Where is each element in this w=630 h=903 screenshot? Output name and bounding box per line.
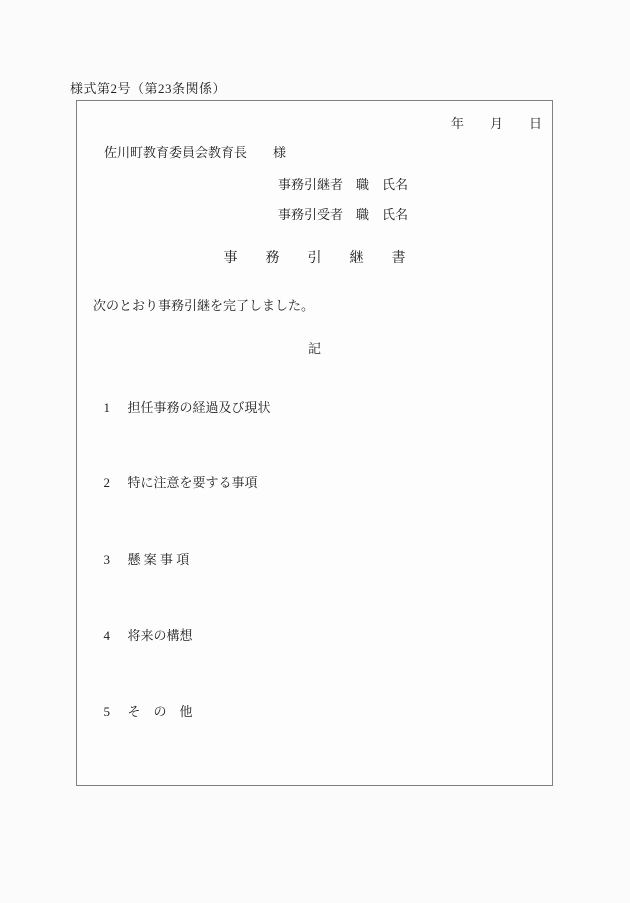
list-item-4: 4将来の構想 [84, 616, 193, 655]
date-line: 年 月 日 [451, 117, 542, 130]
list-item-2: 2特に注意を要する事項 [84, 463, 258, 502]
ki-heading: 記 [77, 342, 552, 355]
item-label: 懸 案 事 項 [128, 552, 190, 567]
item-label: 特に注意を要する事項 [128, 475, 258, 490]
item-label: そ の 他 [128, 704, 193, 719]
item-number: 3 [104, 553, 128, 566]
item-number: 1 [104, 401, 128, 414]
list-item-3: 3懸 案 事 項 [84, 540, 189, 579]
completion-statement: 次のとおり事務引継を完了しました。 [93, 299, 314, 312]
list-item-5: 5そ の 他 [84, 692, 193, 731]
list-item-1: 1担任事務の経過及び現状 [84, 388, 271, 427]
handover-person-line: 事務引継者 職 氏名 [278, 178, 408, 191]
item-number: 5 [104, 705, 128, 718]
item-number: 4 [104, 629, 128, 642]
form-border-box: 年 月 日 佐川町教育委員会教育長 様 事務引継者 職 氏名 事務引受者 職 氏… [76, 100, 553, 786]
receiver-person-line: 事務引受者 職 氏名 [278, 208, 408, 221]
addressee-line: 佐川町教育委員会教育長 様 [104, 146, 286, 159]
item-number: 2 [104, 476, 128, 489]
document-page: 様式第2号（第23条関係） 年 月 日 佐川町教育委員会教育長 様 事務引継者 … [0, 0, 630, 903]
item-label: 将来の構想 [128, 628, 193, 643]
document-title: 事 務 引 継 書 [77, 252, 552, 266]
item-label: 担任事務の経過及び現状 [128, 400, 271, 415]
form-number-label: 様式第2号（第23条関係） [70, 82, 226, 95]
